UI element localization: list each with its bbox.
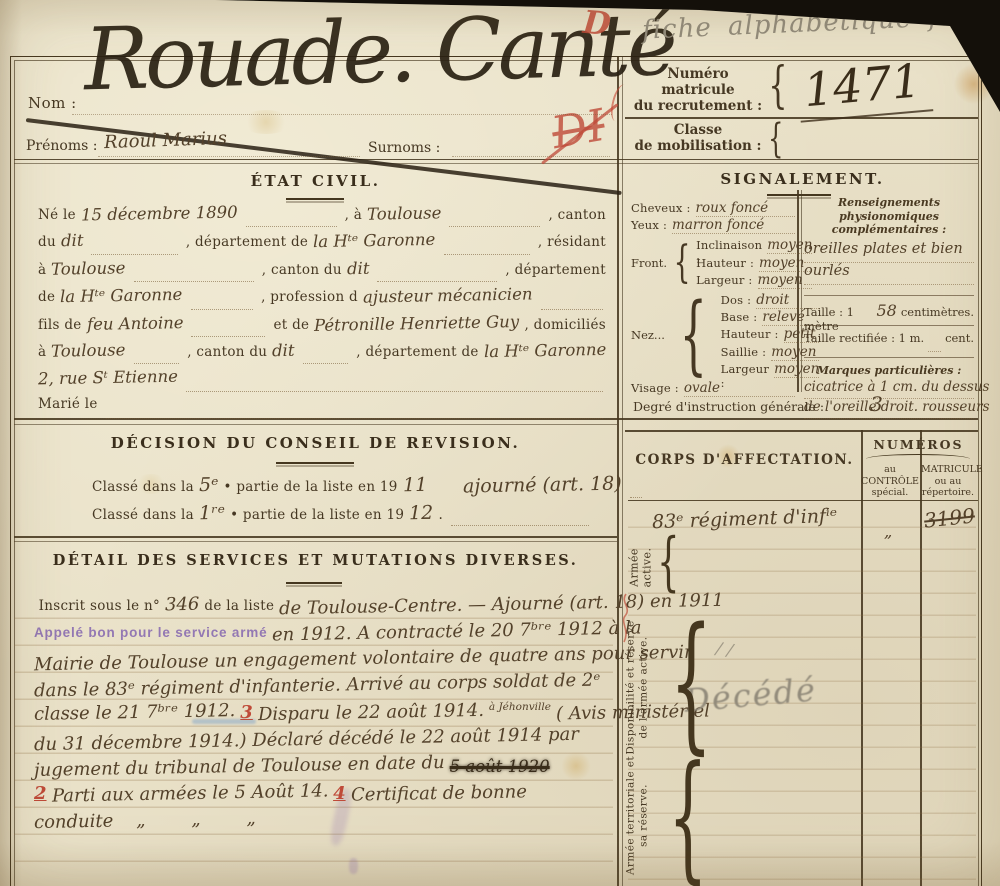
form-line: àToulouse, canton dudit, département del… xyxy=(38,341,606,368)
field-label: Hauteur : xyxy=(721,327,779,341)
controle-entry: „ xyxy=(884,522,892,541)
dotted-leader xyxy=(449,224,540,227)
handwritten-text: dit xyxy=(272,341,295,360)
field-value: marron foncé xyxy=(672,217,795,234)
dotted-leader xyxy=(452,156,610,157)
brace-glyph: { xyxy=(657,530,679,594)
divider xyxy=(625,430,978,432)
handwritten-text: 2, rue Sᵗ Etienne xyxy=(38,367,178,389)
controle-header-line3: spécial. xyxy=(861,487,919,499)
printed-text: Né le xyxy=(38,207,76,223)
field-label: Hauteur : xyxy=(696,256,754,270)
handwritten-text: Toulouse xyxy=(367,203,442,223)
decision-title: DÉCISION DU CONSEIL DE REVISION. xyxy=(14,434,617,452)
handwritten-text: la Hᵗᵉ Garonne xyxy=(484,340,607,361)
nez-group-side: Nez... { xyxy=(631,292,721,378)
handwritten-text: jugement du tribunal de Toulouse en date… xyxy=(34,752,445,781)
field-value: roux foncé xyxy=(696,200,795,217)
printed-text: Classé dans la xyxy=(92,507,194,523)
taille-label: Taille : 1 mètre xyxy=(804,305,872,333)
form-line: jugement du tribunal de Toulouse en date… xyxy=(34,756,603,783)
front-label: Front. xyxy=(631,256,667,270)
etat-civil-lines: Né le15 décembre 1890, àToulouse, canton… xyxy=(38,204,606,423)
classe-label-line2: de mobilisation : xyxy=(632,139,764,155)
divider xyxy=(14,163,978,164)
dotted-leader xyxy=(541,307,604,310)
marques-title: Marques particulières : xyxy=(804,357,974,378)
nez-group: Nez... { Dos : droit Base : relevé xyxy=(631,292,795,378)
printed-text: , département de xyxy=(356,344,478,360)
title-divider xyxy=(286,582,342,584)
document-paper: Rouade. Canté D DI fiche alphabétique fa… xyxy=(0,0,1000,886)
title-divider xyxy=(276,462,354,464)
handwritten-text: ajusteur mécanicien xyxy=(363,285,533,307)
dotted-leader xyxy=(134,361,180,364)
front-group-side: Front. { xyxy=(631,237,696,289)
matricule-header-line2: ou au xyxy=(921,476,975,488)
dotted-leader xyxy=(91,252,177,255)
handwritten-text: 1ʳᵉ xyxy=(199,502,225,524)
front-group: Front. { Inclinaison : moyen Hauteur : m… xyxy=(631,237,795,289)
printed-text: Classé dans la xyxy=(92,479,194,495)
classe-label-line1: Classe xyxy=(632,123,764,139)
complementaires-note-line2: ourlés xyxy=(804,263,974,285)
brace-glyph: { xyxy=(668,748,708,886)
printed-text: et de xyxy=(273,317,309,333)
decision-lines: Classé dans la5ᵉ• partie de la liste en … xyxy=(92,474,592,530)
pencil-tick-marks: ∕ ∕ xyxy=(715,639,734,661)
field-label: Yeux : xyxy=(631,218,667,232)
signalement-right-column: Renseignements physionomiques complément… xyxy=(804,196,974,419)
nez-label: Nez... xyxy=(631,328,665,342)
numeros-brace xyxy=(866,454,970,464)
handwritten-text: 12 xyxy=(409,502,434,524)
form-line: Appelé bon pour le service arméen 1912. … xyxy=(34,621,603,648)
printed-text: , département xyxy=(505,262,606,278)
numeros-header: NUMÉROS xyxy=(861,437,976,452)
table-header-divider xyxy=(628,500,978,501)
handwritten-text: en 1912. A contracté le 20 7ᵇʳᵉ 1912 à l… xyxy=(272,617,642,645)
printed-text: • partie de la liste en 19 xyxy=(230,507,404,523)
taille-rect-label: Taille rectifiée : 1 m. xyxy=(804,331,924,345)
complementaires-title-line1: Renseignements physionomiques xyxy=(804,196,974,223)
dotted-leader xyxy=(191,307,254,310)
matricule-column-header: MATRICULE ou au répertoire. xyxy=(921,464,975,499)
handwritten-text: Disparu le 22 août 1914. xyxy=(258,700,484,725)
printed-text: Inscrit sous le n° xyxy=(34,598,160,614)
field-label: Cheveux : xyxy=(631,201,691,215)
dotted-leader xyxy=(303,361,349,364)
side-label-territoriale: Armée territoriale et sa réserve. xyxy=(625,751,650,881)
surnoms-label: Surnoms : xyxy=(368,140,440,156)
column-divider xyxy=(622,56,623,886)
handwritten-text: 346 xyxy=(165,594,200,616)
dotted-leader xyxy=(134,279,254,282)
controle-header-line2: CONTRÔLE xyxy=(861,476,919,488)
form-line: Classé dans la5ᵉ• partie de la liste en … xyxy=(92,474,592,502)
printed-text: du xyxy=(38,234,56,250)
printed-text: fils de xyxy=(38,317,82,333)
form-line: dans le 83ᵉ régiment d'infanterie. Arriv… xyxy=(34,675,603,702)
handwritten-text: classe le 21 7ᵇʳᵉ 1912. xyxy=(34,700,236,725)
printed-text: • partie de la liste en 19 xyxy=(223,479,397,495)
brace-glyph: { xyxy=(768,119,783,159)
divider xyxy=(14,536,617,538)
dotted-leader xyxy=(186,389,603,392)
handwritten-text: la Hᵗᵉ Garonne xyxy=(60,285,183,306)
handwritten-text: feu Antoine xyxy=(86,313,183,334)
matricule-label-line2: du recrutement : xyxy=(632,98,764,114)
column-divider xyxy=(617,56,619,886)
form-line: àToulouse, canton dudit, département xyxy=(38,259,606,286)
matricule-label-line1: Numéro matricule xyxy=(632,66,764,98)
degre-value: 3 xyxy=(870,392,883,416)
form-line: Classé dans la1ʳᵉ• partie de la liste en… xyxy=(92,502,592,530)
handwritten-text: conduite „ „ „ xyxy=(34,808,256,833)
taille-row: Taille : 1 mètre 58 centimètres. xyxy=(804,295,974,325)
form-line: fils defeu Antoineet dePétronille Henrie… xyxy=(38,314,606,341)
red-annotation: 3 xyxy=(240,702,253,723)
controle-column-header: au CONTRÔLE spécial. xyxy=(861,464,919,499)
signalement-row: Cheveux : roux foncé xyxy=(631,200,795,217)
etat-civil-title: ÉTAT CIVIL. xyxy=(14,172,617,190)
printed-text: , profession d xyxy=(261,289,358,305)
dotted-leader xyxy=(444,252,530,255)
printed-text: à xyxy=(38,262,46,278)
brace-glyph: { xyxy=(670,608,712,756)
printed-text: , canton xyxy=(548,207,606,223)
prenoms-label: Prénoms : xyxy=(26,138,97,154)
printed-text: , à xyxy=(345,207,363,223)
field-label: Base : xyxy=(721,310,758,324)
form-line: dela Hᵗᵉ Garonne, profession dajusteur m… xyxy=(38,286,606,313)
signalement-row: Yeux : marron foncé xyxy=(631,217,795,234)
handwritten-text: dit xyxy=(347,259,370,278)
printed-text: de xyxy=(38,289,55,305)
form-line: Inscrit sous le n°346de la listede Toulo… xyxy=(34,594,603,621)
dotted-leader xyxy=(377,279,497,282)
degre-row: Degré d'instruction générale : 3 xyxy=(633,392,973,416)
dotted-leader xyxy=(630,495,642,498)
stamp-text: Appelé bon pour le service armé xyxy=(34,625,267,640)
matricule-label: Numéro matricule du recrutement : xyxy=(632,66,764,114)
printed-text: , département de xyxy=(186,234,308,250)
taille-value: 58 xyxy=(876,301,896,320)
signalement-top-rows: Cheveux : roux foncé Yeux : marron foncé xyxy=(631,200,795,234)
printed-text: de la liste xyxy=(204,598,274,614)
printed-text: , canton du xyxy=(262,262,342,278)
handwritten-text: Toulouse xyxy=(51,258,126,278)
dotted-leader xyxy=(928,349,941,352)
prenoms-value: Raoul Marius xyxy=(104,128,228,153)
brace-glyph: { xyxy=(674,241,691,285)
signalement-left-column: Cheveux : roux foncé Yeux : marron foncé… xyxy=(631,200,795,397)
form-line: du 31 décembre 1914.) Déclaré décédé le … xyxy=(34,729,603,756)
brace-glyph: { xyxy=(680,292,707,378)
dotted-leader xyxy=(246,224,337,227)
nom-label: Nom : xyxy=(28,94,77,112)
taille-rect-unit: cent. xyxy=(945,331,974,345)
pencil-note: fiche alphabétique faite xyxy=(642,0,994,45)
complementaires-note-line1: oreilles plates et bien xyxy=(804,241,974,263)
controle-header-line1: au xyxy=(861,464,919,476)
form-line: Marié le xyxy=(38,396,606,423)
name-handwriting: Rouade. Canté xyxy=(83,3,645,104)
brace-glyph: { xyxy=(768,60,787,110)
printed-text: à xyxy=(38,344,46,360)
interline-note: à Jéhonville xyxy=(489,701,551,713)
services-title: DÉTAIL DES SERVICES ET MUTATIONS DIVERSE… xyxy=(14,552,617,569)
dotted-leader xyxy=(451,523,589,526)
services-lines: Inscrit sous le n°346de la listede Toulo… xyxy=(14,592,613,886)
degre-label: Degré d'instruction générale : xyxy=(633,399,824,414)
red-squiggle xyxy=(618,592,634,644)
form-line: Né le15 décembre 1890, àToulouse, canton xyxy=(38,204,606,231)
field-label: Dos : xyxy=(721,293,752,307)
handwritten-text: du 31 décembre 1914.) Déclaré décédé le … xyxy=(34,724,579,755)
section-services: DÉTAIL DES SERVICES ET MUTATIONS DIVERSE… xyxy=(14,540,617,886)
matricule-value: 1471 xyxy=(796,52,934,122)
signalement-title: SIGNALEMENT. xyxy=(625,170,980,188)
printed-text: . xyxy=(438,507,443,523)
red-annotation: 4 xyxy=(333,783,346,804)
handwritten-text: la Hᵗᵉ Garonne xyxy=(313,230,436,251)
divider xyxy=(14,159,978,161)
struck-handwriting: 5 août 1920 xyxy=(450,757,550,776)
section-decision: DÉCISION DU CONSEIL DE REVISION. Classé … xyxy=(14,424,617,536)
corps-header: CORPS D'AFFECTATION. xyxy=(628,452,861,468)
dotted-leader xyxy=(106,416,603,419)
dotted-leader xyxy=(72,114,612,115)
matricule-header-line3: répertoire. xyxy=(921,487,975,499)
handwritten-text: Pétronille Henriette Guy xyxy=(314,312,519,335)
dotted-leader xyxy=(98,156,360,157)
section-etat-civil: ÉTAT CIVIL. Né le15 décembre 1890, àToul… xyxy=(14,166,617,418)
printed-text: , canton du xyxy=(187,344,267,360)
signalement-row: Inclinaison : moyen xyxy=(696,237,812,254)
form-line: 2, rue Sᵗ Etienne xyxy=(38,368,606,395)
field-label: Saillie : xyxy=(721,345,767,359)
signalement-row: Largeur : moyen xyxy=(696,272,812,289)
taille-unit: centimètres. xyxy=(901,305,974,319)
title-divider xyxy=(286,198,344,200)
front-rows: Inclinaison : moyen Hauteur : moyen Larg… xyxy=(696,237,812,289)
dotted-leader xyxy=(191,334,265,337)
matricule-header-line1: MATRICULE xyxy=(921,464,975,476)
section-signalement: SIGNALEMENT. Cheveux : roux foncé Yeux :… xyxy=(625,166,980,418)
handwritten-text: dans le 83ᵉ régiment d'infanterie. Arriv… xyxy=(34,670,601,702)
handwritten-text: 11 xyxy=(402,474,427,496)
red-annotation-d: D xyxy=(581,3,612,43)
handwritten-text: 5ᵉ xyxy=(199,474,219,496)
printed-text: , résidant xyxy=(538,234,606,250)
handwritten-text: Certificat de bonne xyxy=(350,781,526,805)
handwritten-text: 15 décembre 1890 xyxy=(81,202,238,224)
form-line: conduite „ „ „ xyxy=(34,810,603,837)
printed-text: Marié le xyxy=(38,396,98,412)
handwritten-text: dit xyxy=(61,231,84,250)
red-annotation: 2 xyxy=(34,783,47,804)
complementaires-title-line2: complémentaires : xyxy=(804,223,974,237)
form-line: dudit, département dela Hᵗᵉ Garonne, rés… xyxy=(38,231,606,258)
form-line: 2Parti aux armées le 5 Août 14.4Certific… xyxy=(34,783,603,810)
printed-text: , domiciliés xyxy=(524,317,606,333)
classe-label: Classe de mobilisation : xyxy=(632,123,764,154)
handwritten-text: Parti aux armées le 5 Août 14. xyxy=(51,780,328,806)
handwritten-text: ajourné (art. 18) xyxy=(463,472,622,497)
handwritten-text: Toulouse xyxy=(51,340,126,360)
